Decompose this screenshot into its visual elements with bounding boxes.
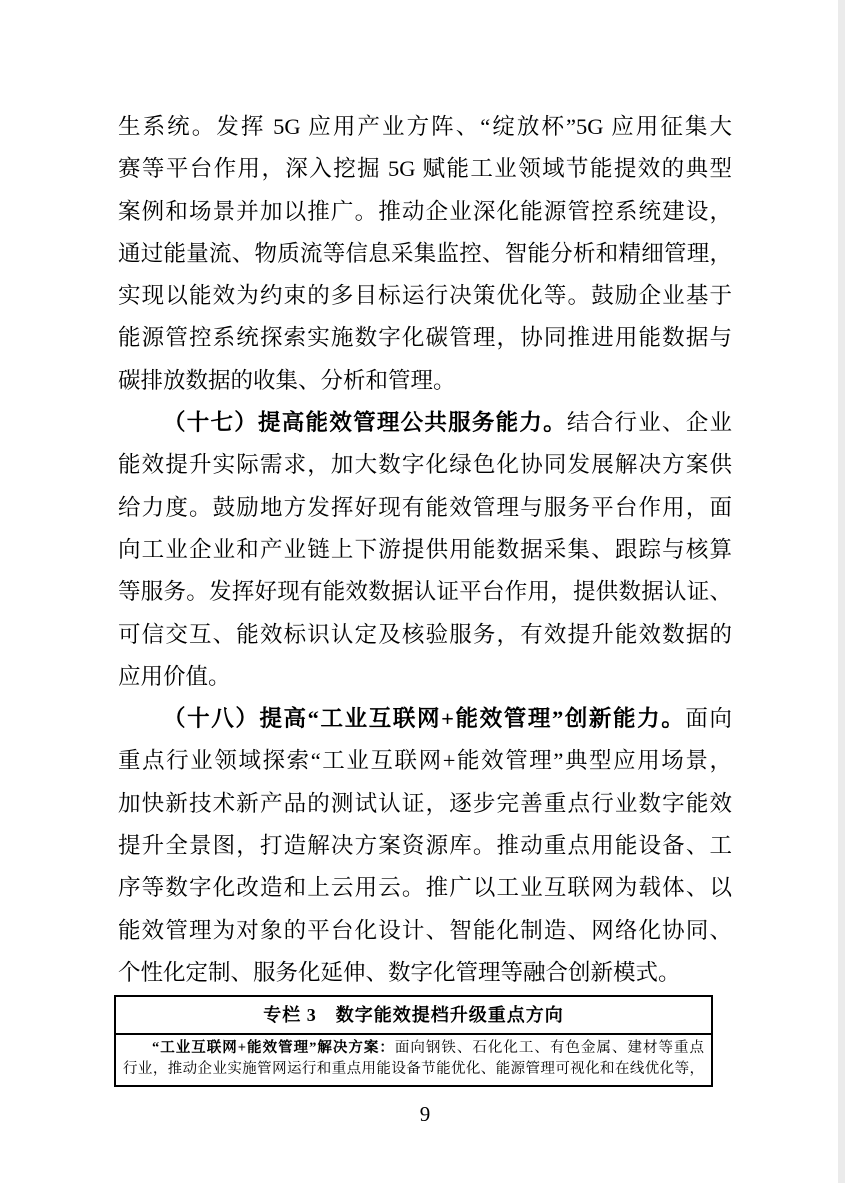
text-segment: 结合行业、企业 xyxy=(567,410,732,435)
text-segment: 实现以能效为约束的多目标运行决策优化等。鼓励企业基于 xyxy=(118,283,732,308)
document-page: 生系统。发挥 5G 应用产业方阵、“绽放杯”5G 应用征集大赛等平台作用，深入挖… xyxy=(0,0,845,1183)
text-segment: 序等数字化改造和上云用云。推广以工业互联网为载体、以 xyxy=(118,875,732,900)
text-segment: 可信交互、能效标识认定及核验服务，有效提升能效数据的 xyxy=(118,622,732,647)
text-line: 能源管控系统探索实施数字化碳管理，协同推进用能数据与 xyxy=(118,317,732,359)
document-content-column: 生系统。发挥 5G 应用产业方阵、“绽放杯”5G 应用征集大赛等平台作用，深入挖… xyxy=(118,106,732,1127)
text-line: （十七）提高能效管理公共服务能力。结合行业、企业 xyxy=(118,402,732,444)
text-line: 个性化定制、服务化延伸、数字化管理等融合创新模式。 xyxy=(118,952,732,994)
text-line: （十八）提高“工业互联网+能效管理”创新能力。面向 xyxy=(118,698,732,740)
text-line: 提升全景图，打造解决方案资源库。推动重点用能设备、工 xyxy=(118,825,732,867)
text-segment: 能源管控系统探索实施数字化碳管理，协同推进用能数据与 xyxy=(118,325,732,350)
bold-text-segment: “工业互联网+能效管理”解决方案： xyxy=(152,1040,395,1056)
body-text: 生系统。发挥 5G 应用产业方阵、“绽放杯”5G 应用征集大赛等平台作用，深入挖… xyxy=(118,106,732,994)
text-segment: 加快新技术新产品的测试认证，逐步完善重点行业数字能效 xyxy=(118,791,732,816)
highlight-box-body: “工业互联网+能效管理”解决方案：面向钢铁、石化化工、有色金属、建材等重点行业，… xyxy=(116,1035,711,1085)
text-segment: 面向 xyxy=(685,706,732,731)
text-segment: 给力度。鼓励地方发挥好现有能效管理与服务平台作用，面 xyxy=(118,495,732,520)
text-segment: 向工业企业和产业链上下游提供用能数据采集、跟踪与核算 xyxy=(118,537,732,562)
text-segment: 面向钢铁、石化化工、有色金属、建材等重点 xyxy=(395,1040,704,1056)
text-line: 等服务。发挥好现有能效数据认证平台作用，提供数据认证、 xyxy=(118,571,732,613)
text-line: 序等数字化改造和上云用云。推广以工业互联网为载体、以 xyxy=(118,867,732,909)
bold-text-segment: （十七）提高能效管理公共服务能力。 xyxy=(163,410,567,435)
text-line: “工业互联网+能效管理”解决方案：面向钢铁、石化化工、有色金属、建材等重点 xyxy=(123,1038,704,1059)
text-line: 实现以能效为约束的多目标运行决策优化等。鼓励企业基于 xyxy=(118,275,732,317)
page-number: 9 xyxy=(118,1102,732,1127)
text-segment: 案例和场景并加以推广。推动企业深化能源管控系统建设， xyxy=(118,199,732,224)
text-line: 给力度。鼓励地方发挥好现有能效管理与服务平台作用，面 xyxy=(118,487,732,529)
text-segment: 提升全景图，打造解决方案资源库。推动重点用能设备、工 xyxy=(118,833,732,858)
text-line: 重点行业领域探索“工业互联网+能效管理”典型应用场景， xyxy=(118,740,732,782)
page-edge-strip xyxy=(838,0,845,1183)
text-line: 向工业企业和产业链上下游提供用能数据采集、跟踪与核算 xyxy=(118,529,732,571)
text-line: 碳排放数据的收集、分析和管理。 xyxy=(118,360,732,402)
text-line: 可信交互、能效标识认定及核验服务，有效提升能效数据的 xyxy=(118,614,732,656)
text-segment: 碳排放数据的收集、分析和管理。 xyxy=(118,368,456,393)
text-segment: 通过能量流、物质流等信息采集监控、智能分析和精细管理， xyxy=(118,241,732,266)
text-line: 通过能量流、物质流等信息采集监控、智能分析和精细管理， xyxy=(118,233,732,275)
text-segment: 生系统。发挥 5G 应用产业方阵、“绽放杯”5G 应用征集大 xyxy=(118,114,732,139)
column-highlight-box: 专栏 3 数字能效提档升级重点方向 “工业互联网+能效管理”解决方案：面向钢铁、… xyxy=(114,995,713,1087)
text-line: 能效管理为对象的平台化设计、智能化制造、网络化协同、 xyxy=(118,910,732,952)
highlight-box-title: 专栏 3 数字能效提档升级重点方向 xyxy=(116,997,711,1035)
text-line: 加快新技术新产品的测试认证，逐步完善重点行业数字能效 xyxy=(118,783,732,825)
text-segment: 行业，推动企业实施管网运行和重点用能设备节能优化、能源管理可视化和在线优化等， xyxy=(123,1061,704,1077)
text-segment: 重点行业领域探索“工业互联网+能效管理”典型应用场景， xyxy=(118,748,732,773)
text-line: 赛等平台作用，深入挖掘 5G 赋能工业领域节能提效的典型 xyxy=(118,148,732,190)
text-segment: 能效管理为对象的平台化设计、智能化制造、网络化协同、 xyxy=(118,918,732,943)
text-line: 案例和场景并加以推广。推动企业深化能源管控系统建设， xyxy=(118,191,732,233)
text-line: 生系统。发挥 5G 应用产业方阵、“绽放杯”5G 应用征集大 xyxy=(118,106,732,148)
text-segment: 能效提升实际需求，加大数字化绿色化协同发展解决方案供 xyxy=(118,452,732,477)
text-segment: 个性化定制、服务化延伸、数字化管理等融合创新模式。 xyxy=(118,960,681,985)
text-line: 能效提升实际需求，加大数字化绿色化协同发展解决方案供 xyxy=(118,444,732,486)
text-line: 行业，推动企业实施管网运行和重点用能设备节能优化、能源管理可视化和在线优化等， xyxy=(123,1059,704,1080)
text-segment: 应用价值。 xyxy=(118,664,231,689)
bold-text-segment: （十八）提高“工业互联网+能效管理”创新能力。 xyxy=(163,706,685,731)
text-line: 应用价值。 xyxy=(118,656,732,698)
text-segment: 赛等平台作用，深入挖掘 5G 赋能工业领域节能提效的典型 xyxy=(118,156,732,181)
text-segment: 等服务。发挥好现有能效数据认证平台作用，提供数据认证、 xyxy=(118,579,732,604)
